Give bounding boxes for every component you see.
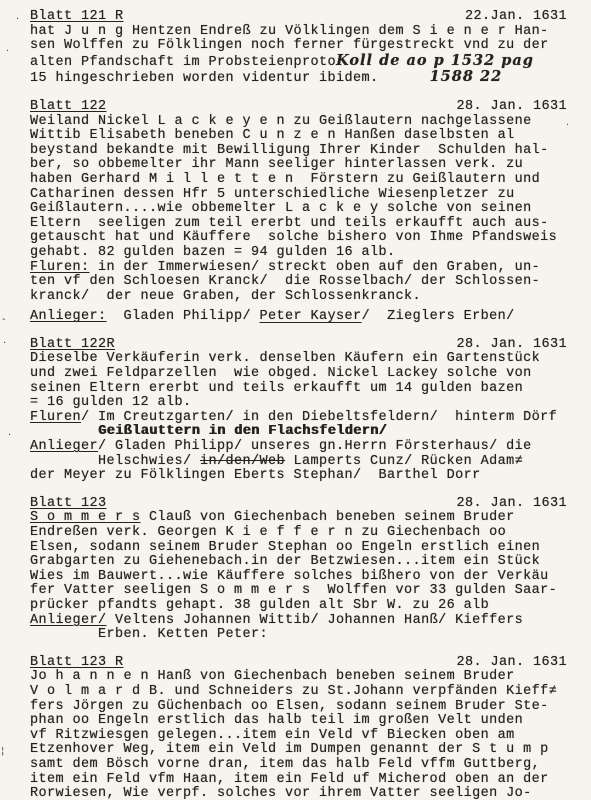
section-blatt-123: Blatt 12328. Jan. 1631S o m m e r s Clau…: [30, 497, 567, 643]
text-segment: in/den/Web: [200, 454, 285, 469]
section-header: Blatt 12228. Jan. 1631: [30, 100, 567, 115]
text-segment: V o l m a r d B. und Schneiders zu St.Jo…: [30, 684, 557, 699]
text-line: Eltern seeligen zum teil ererbt und teil…: [30, 217, 567, 232]
ink-speck: ·: [16, 14, 19, 25]
text-segment: hat J u n g Hentzen Endreß zu Völklingen…: [30, 24, 549, 39]
text-line: 15 hingeschrieben worden videntur ibidem…: [30, 70, 567, 87]
text-segment: Gladen Philipp/: [107, 309, 260, 324]
text-line: samt dem Bösch vorne dran, item das halb…: [30, 758, 567, 773]
ink-speck: ·: [6, 46, 9, 57]
text-line: vf Ritzwiesgen gelegen...item ein Veld v…: [30, 729, 567, 744]
text-segment: Weiland Nickel L a c k e y e n zu Geißla…: [30, 114, 532, 129]
text-segment: Rorwiesen, Wie verpf. solches vor ihrem …: [30, 786, 532, 800]
text-segment: / Zieglers Erben/: [362, 309, 515, 324]
text-line: ber, so obbemelter ihr Mann seeliger hin…: [30, 158, 567, 173]
text-line: Wies im Bauwert...wie Käuffere solches b…: [30, 570, 567, 585]
text-line: Fluren: in der Immerwiesen/ streckt oben…: [30, 261, 567, 276]
text-segment: Geißlautern....wie obbemelter L a c k e …: [30, 201, 532, 216]
text-line: Jo h a n n e n Hanß von Giechenbach bene…: [30, 670, 567, 685]
text-segment: und zwei Feldparzellen wie obged. Nickel…: [30, 366, 532, 381]
text-segment: gehabt. 82 gulden bazen = 94 gulden 16 a…: [30, 245, 396, 260]
date-label: 28. Jan. 1631: [456, 497, 567, 512]
section-blatt-122r: Blatt 122R28. Jan. 1631Dieselbe Verkäufe…: [30, 338, 567, 484]
text-segment: Peter Kayser: [260, 309, 362, 324]
text-segment: / Im Creutzgarten/ in den Diebeltsfelder…: [81, 410, 557, 425]
text-segment: item ein Feld vfm Haan, item ein Feld uf…: [30, 772, 549, 787]
blatt-label: Blatt 122R: [30, 338, 115, 353]
text-segment: Anlieger/: [30, 613, 107, 628]
text-line: = 16 gulden 12 alb.: [30, 396, 567, 411]
text-segment: fers Jörgen zu Güchenbach oo Elsen, soda…: [30, 699, 549, 714]
text-line: haben Gerhard M i l l e t t e n Förstern…: [30, 173, 567, 188]
text-line: ten vf den Schloesen Kranck/ die Rosselb…: [30, 275, 567, 290]
text-line: seinen Eltern ererbt und teils erkaufft …: [30, 382, 567, 397]
section-header: Blatt 122R28. Jan. 1631: [30, 338, 567, 353]
text-line: Helschwies/ in/den/Web Lamperts Cunz/ Rü…: [30, 455, 567, 470]
text-line: Rorwiesen, Wie verpf. solches vor ihrem …: [30, 787, 567, 800]
text-segment: Catharinen dessen Hfr 5 unterschiedliche…: [30, 187, 515, 202]
ink-speck: ¦: [1, 746, 4, 757]
text-segment: getauscht hat und Käuffere solche bisher…: [30, 230, 557, 245]
text-segment: samt dem Bösch vorne dran, item das halb…: [30, 757, 540, 772]
text-segment: Grabgarten zu Giehenebach.in der Betzwie…: [30, 554, 540, 569]
text-segment: seinen Eltern ererbt und teils erkaufft …: [30, 381, 523, 396]
text-segment: prücker pfandts gehapt. 38 gulden alt Sb…: [30, 598, 489, 613]
text-line: Anlieger/ Gladen Philipp/ unseres gn.Her…: [30, 440, 567, 455]
text-segment: Anlieger: [30, 439, 98, 454]
text-line: der Meyer zu Fölklingen Eberts Stephan/ …: [30, 469, 567, 484]
text-segment: kranck/ der neue Graben, der Schlossenkr…: [30, 289, 421, 304]
text-segment: ten vf den Schloesen Kranck/ die Rosselb…: [30, 274, 540, 289]
text-line: Geißlauttern in den Flachsfeldern/: [30, 425, 567, 440]
text-segment: Endreßen verk. Georgen K i e f f e r n z…: [30, 525, 506, 540]
text-line: Anlieger: Gladen Philipp/ Peter Kayser/ …: [30, 310, 567, 325]
ink-speck: ·: [566, 120, 569, 131]
handwritten-annotation: Koll de ao p 1532 pag: [336, 52, 534, 69]
text-line: Dieselbe Verkäuferin verk. denselben Käu…: [30, 352, 567, 367]
text-segment: haben Gerhard M i l l e t t e n Förstern…: [30, 172, 540, 187]
date-label: 28. Jan. 1631: [456, 100, 567, 115]
text-segment: [379, 71, 430, 86]
text-line: Grabgarten zu Giehenebach.in der Betzwie…: [30, 555, 567, 570]
blatt-label: Blatt 123: [30, 497, 107, 512]
text-line: fer Vatter seeligen S o m m e r s Wolffe…: [30, 584, 567, 599]
text-segment: Wittib Elisabeth beneben C u n z e n Han…: [30, 128, 515, 143]
text-line: item ein Feld vfm Haan, item ein Feld uf…: [30, 773, 567, 788]
document-page: Blatt 121 R22.Jan. 1631hat J u n g Hentz…: [0, 0, 591, 800]
text-segment: 15 hingeschrieben worden videntur ibidem…: [30, 71, 379, 86]
text-segment: Eltern seeligen zum teil ererbt und teil…: [30, 216, 549, 231]
text-segment: Jo h a n n e n Hanß von Giechenbach bene…: [30, 669, 515, 684]
text-segment: Anlieger:: [30, 309, 107, 324]
text-segment: beystand bekandte mit Bewilligung Ihrer …: [30, 143, 549, 158]
text-segment: der Meyer zu Fölklingen Eberts Stephan/ …: [30, 468, 481, 483]
text-line: hat J u n g Hentzen Endreß zu Völklingen…: [30, 25, 567, 40]
handwritten-annotation: 1588 22: [430, 68, 503, 85]
ink-speck: ·: [8, 430, 11, 441]
date-label: 22.Jan. 1631: [465, 10, 567, 25]
blatt-label: Blatt 121 R: [30, 10, 124, 25]
text-segment: ber, so obbemelter ihr Mann seeliger hin…: [30, 157, 523, 172]
text-segment: in der Immerwiesen/ streckt oben auf den…: [90, 260, 541, 275]
date-label: 28. Jan. 1631: [456, 338, 567, 353]
text-line: Erben. Ketten Peter:: [30, 628, 567, 643]
text-segment: = 16 gulden 12 alb.: [30, 395, 192, 410]
text-line: Endreßen verk. Georgen K i e f f e r n z…: [30, 526, 567, 541]
text-segment: Erben. Ketten Peter:: [30, 627, 268, 642]
text-segment: alten Pfandschaft im Probsteienproto: [30, 55, 336, 70]
text-segment: Fluren: [30, 410, 81, 425]
text-segment: Helschwies/: [30, 454, 200, 469]
ink-speck: -: [2, 314, 6, 325]
text-segment: Elsen, sodann seinem Bruder Stephan oo E…: [30, 540, 540, 555]
text-line: und zwei Feldparzellen wie obged. Nickel…: [30, 367, 567, 382]
text-segment: phan oo Engeln erstlich das halb teil im…: [30, 713, 523, 728]
text-line: beystand bekandte mit Bewilligung Ihrer …: [30, 144, 567, 159]
text-line: phan oo Engeln erstlich das halb teil im…: [30, 714, 567, 729]
text-segment: Etzenhover Weg, item ein Veld im Dumpen …: [30, 742, 549, 757]
text-line: Weiland Nickel L a c k e y e n zu Geißla…: [30, 115, 567, 130]
text-line: fers Jörgen zu Güchenbach oo Elsen, soda…: [30, 700, 567, 715]
text-segment: vf Ritzwiesgen gelegen...item ein Veld v…: [30, 728, 515, 743]
blatt-label: Blatt 122: [30, 100, 107, 115]
text-segment: fer Vatter seeligen S o m m e r s Wolffe…: [30, 583, 557, 598]
text-line: Anlieger/ Veltens Johannen Wittib/ Johan…: [30, 614, 567, 629]
text-segment: Fluren:: [30, 260, 90, 275]
date-label: 28. Jan. 1631: [456, 656, 567, 671]
text-line: Etzenhover Weg, item ein Veld im Dumpen …: [30, 743, 567, 758]
text-segment: Clauß von Giechenbach beneben seinem Bru…: [141, 510, 515, 525]
section-blatt-122: Blatt 12228. Jan. 1631Weiland Nickel L a…: [30, 100, 567, 325]
section-header: Blatt 123 R28. Jan. 1631: [30, 656, 567, 671]
text-segment: / Gladen Philipp/ unseres gn.Herrn Först…: [98, 439, 532, 454]
text-line: Fluren/ Im Creutzgarten/ in den Diebelts…: [30, 411, 567, 426]
text-segment: S o m m e r s: [30, 510, 141, 525]
text-line: Elsen, sodann seinem Bruder Stephan oo E…: [30, 541, 567, 556]
section-blatt-121r: Blatt 121 R22.Jan. 1631hat J u n g Hentz…: [30, 10, 567, 87]
text-line: getauscht hat und Käuffere solche bisher…: [30, 231, 567, 246]
text-line: gehabt. 82 gulden bazen = 94 gulden 16 a…: [30, 246, 567, 261]
blatt-label: Blatt 123 R: [30, 656, 124, 671]
ink-speck: ·: [3, 338, 6, 349]
section-header: Blatt 12328. Jan. 1631: [30, 497, 567, 512]
text-line: Wittib Elisabeth beneben C u n z e n Han…: [30, 129, 567, 144]
section-blatt-123r: Blatt 123 R28. Jan. 1631Jo h a n n e n H…: [30, 656, 567, 800]
text-segment: Geißlauttern in den Flachsfeldern/: [30, 424, 387, 439]
text-line: Catharinen dessen Hfr 5 unterschiedliche…: [30, 188, 567, 203]
text-line: kranck/ der neue Graben, der Schlossenkr…: [30, 290, 567, 305]
text-line: V o l m a r d B. und Schneiders zu St.Jo…: [30, 685, 567, 700]
text-segment: Dieselbe Verkäuferin verk. denselben Käu…: [30, 351, 540, 366]
text-line: prücker pfandts gehapt. 38 gulden alt Sb…: [30, 599, 567, 614]
text-segment: Wies im Bauwert...wie Käuffere solches b…: [30, 569, 549, 584]
text-segment: Veltens Johannen Wittib/ Johannen Hanß/ …: [107, 613, 524, 628]
text-line: S o m m e r s Clauß von Giechenbach bene…: [30, 511, 567, 526]
text-segment: Lamperts Cunz/ Rücken Adam≠: [285, 454, 523, 469]
text-line: Geißlautern....wie obbemelter L a c k e …: [30, 202, 567, 217]
section-header: Blatt 121 R22.Jan. 1631: [30, 10, 567, 25]
